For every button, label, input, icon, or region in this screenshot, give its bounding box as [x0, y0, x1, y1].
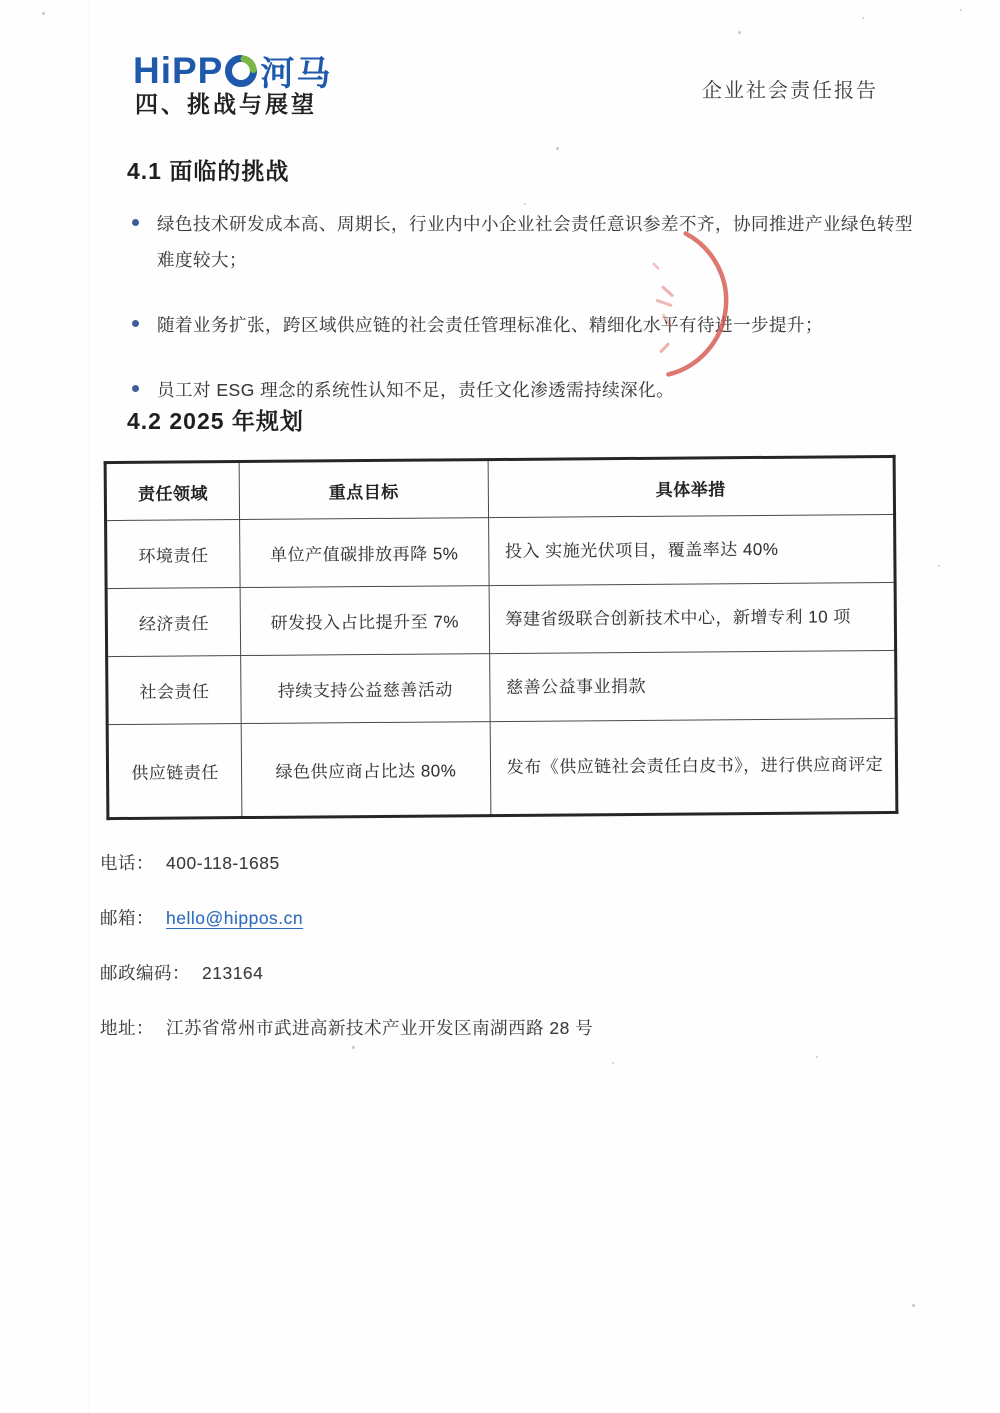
email-label: 邮箱：	[100, 905, 154, 930]
phone-value: 400-118-1685	[166, 853, 280, 874]
bullet-dot-icon	[132, 320, 139, 327]
column-header: 责任领域	[105, 462, 240, 521]
scanned-report-page: HiPP 河马 企业社会责任报告 四、挑战与展望 4.1 面临的挑战 绿色技术研…	[0, 0, 1000, 1413]
postcode-label: 邮政编码：	[100, 960, 190, 985]
table-row: 环境责任 单位产值碳排放再降 5% 投入 实施光伏项目，覆盖率达 40%	[106, 514, 896, 588]
table-cell: 投入 实施光伏项目，覆盖率达 40%	[488, 514, 895, 585]
postcode-value: 213164	[202, 963, 263, 984]
scan-speck	[738, 31, 741, 34]
scan-speck	[612, 1062, 614, 1064]
phone-row: 电话： 400-118-1685	[100, 850, 593, 875]
email-row: 邮箱： hello@hippos.cn	[100, 905, 593, 930]
table-row: 经济责任 研发投入占比提升至 7% 筹建省级联合创新技术中心，新增专利 10 项	[106, 582, 896, 656]
scan-speck	[862, 17, 864, 19]
bullet-dot-icon	[132, 219, 139, 226]
table-cell: 研发投入占比提升至 7%	[240, 586, 489, 656]
table-cell: 社会责任	[107, 656, 242, 725]
column-header: 具体举措	[488, 456, 895, 517]
bullet-dot-icon	[132, 385, 139, 392]
scan-speck	[524, 203, 526, 205]
report-title: 企业社会责任报告	[702, 74, 878, 103]
scan-speck	[816, 1056, 818, 1058]
table-cell: 发布《供应链社会责任白皮书》，进行供应商评定	[490, 718, 897, 815]
plan-2025-table: 责任领域 重点目标 具体举措 环境责任 单位产值碳排放再降 5% 投入 实施光伏…	[104, 455, 899, 820]
section-4-2-title: 4.2 2025 年规划	[127, 403, 304, 436]
phone-label: 电话：	[100, 850, 154, 875]
bullet-text: 随着业务扩张，跨区域供应链的社会责任管理标准化、精细化水平有待进一步提升；	[157, 307, 823, 343]
table-cell: 经济责任	[106, 588, 241, 657]
list-item: 随着业务扩张，跨区域供应链的社会责任管理标准化、精细化水平有待进一步提升；	[130, 307, 918, 343]
list-item: 绿色技术研发成本高、周期长，行业内中小企业社会责任意识参差不齐，协同推进产业绿色…	[130, 206, 918, 278]
column-header: 重点目标	[239, 460, 488, 520]
address-value: 江苏省常州市武进高新技术产业开发区南湖西路 28 号	[166, 1015, 593, 1040]
bullet-text: 绿色技术研发成本高、周期长，行业内中小企业社会责任意识参差不齐，协同推进产业绿色…	[157, 206, 918, 278]
table-row: 社会责任 持续支持公益慈善活动 慈善公益事业捐款	[107, 650, 897, 724]
scan-speck	[960, 9, 962, 11]
table-cell: 筹建省级联合创新技术中心，新增专利 10 项	[489, 582, 896, 653]
contact-info-block: 电话： 400-118-1685 邮箱： hello@hippos.cn 邮政编…	[100, 850, 593, 1070]
table-cell: 单位产值碳排放再降 5%	[240, 518, 489, 588]
scan-edge-line	[88, 0, 89, 1413]
table-header-row: 责任领域 重点目标 具体举措	[105, 456, 894, 520]
table-cell: 绿色供应商占比达 80%	[241, 722, 490, 818]
address-row: 地址： 江苏省常州市武进高新技术产业开发区南湖西路 28 号	[100, 1015, 593, 1040]
scan-speck	[938, 565, 940, 567]
logo-swirl-o-icon	[224, 54, 258, 88]
address-label: 地址：	[100, 1015, 154, 1040]
table-cell: 环境责任	[106, 520, 241, 589]
table-cell: 供应链责任	[107, 724, 242, 819]
chapter-title: 四、挑战与展望	[135, 86, 317, 119]
postcode-row: 邮政编码： 213164	[100, 960, 593, 985]
section-4-1-title: 4.1 面临的挑战	[127, 153, 289, 186]
scan-speck	[912, 1304, 915, 1307]
table-row: 供应链责任 绿色供应商占比达 80% 发布《供应链社会责任白皮书》，进行供应商评…	[107, 718, 897, 818]
email-link[interactable]: hello@hippos.cn	[166, 908, 303, 929]
scan-speck	[42, 12, 45, 15]
table-cell: 慈善公益事业捐款	[489, 650, 896, 721]
scan-speck	[556, 147, 559, 150]
table-cell: 持续支持公益慈善活动	[241, 654, 490, 724]
